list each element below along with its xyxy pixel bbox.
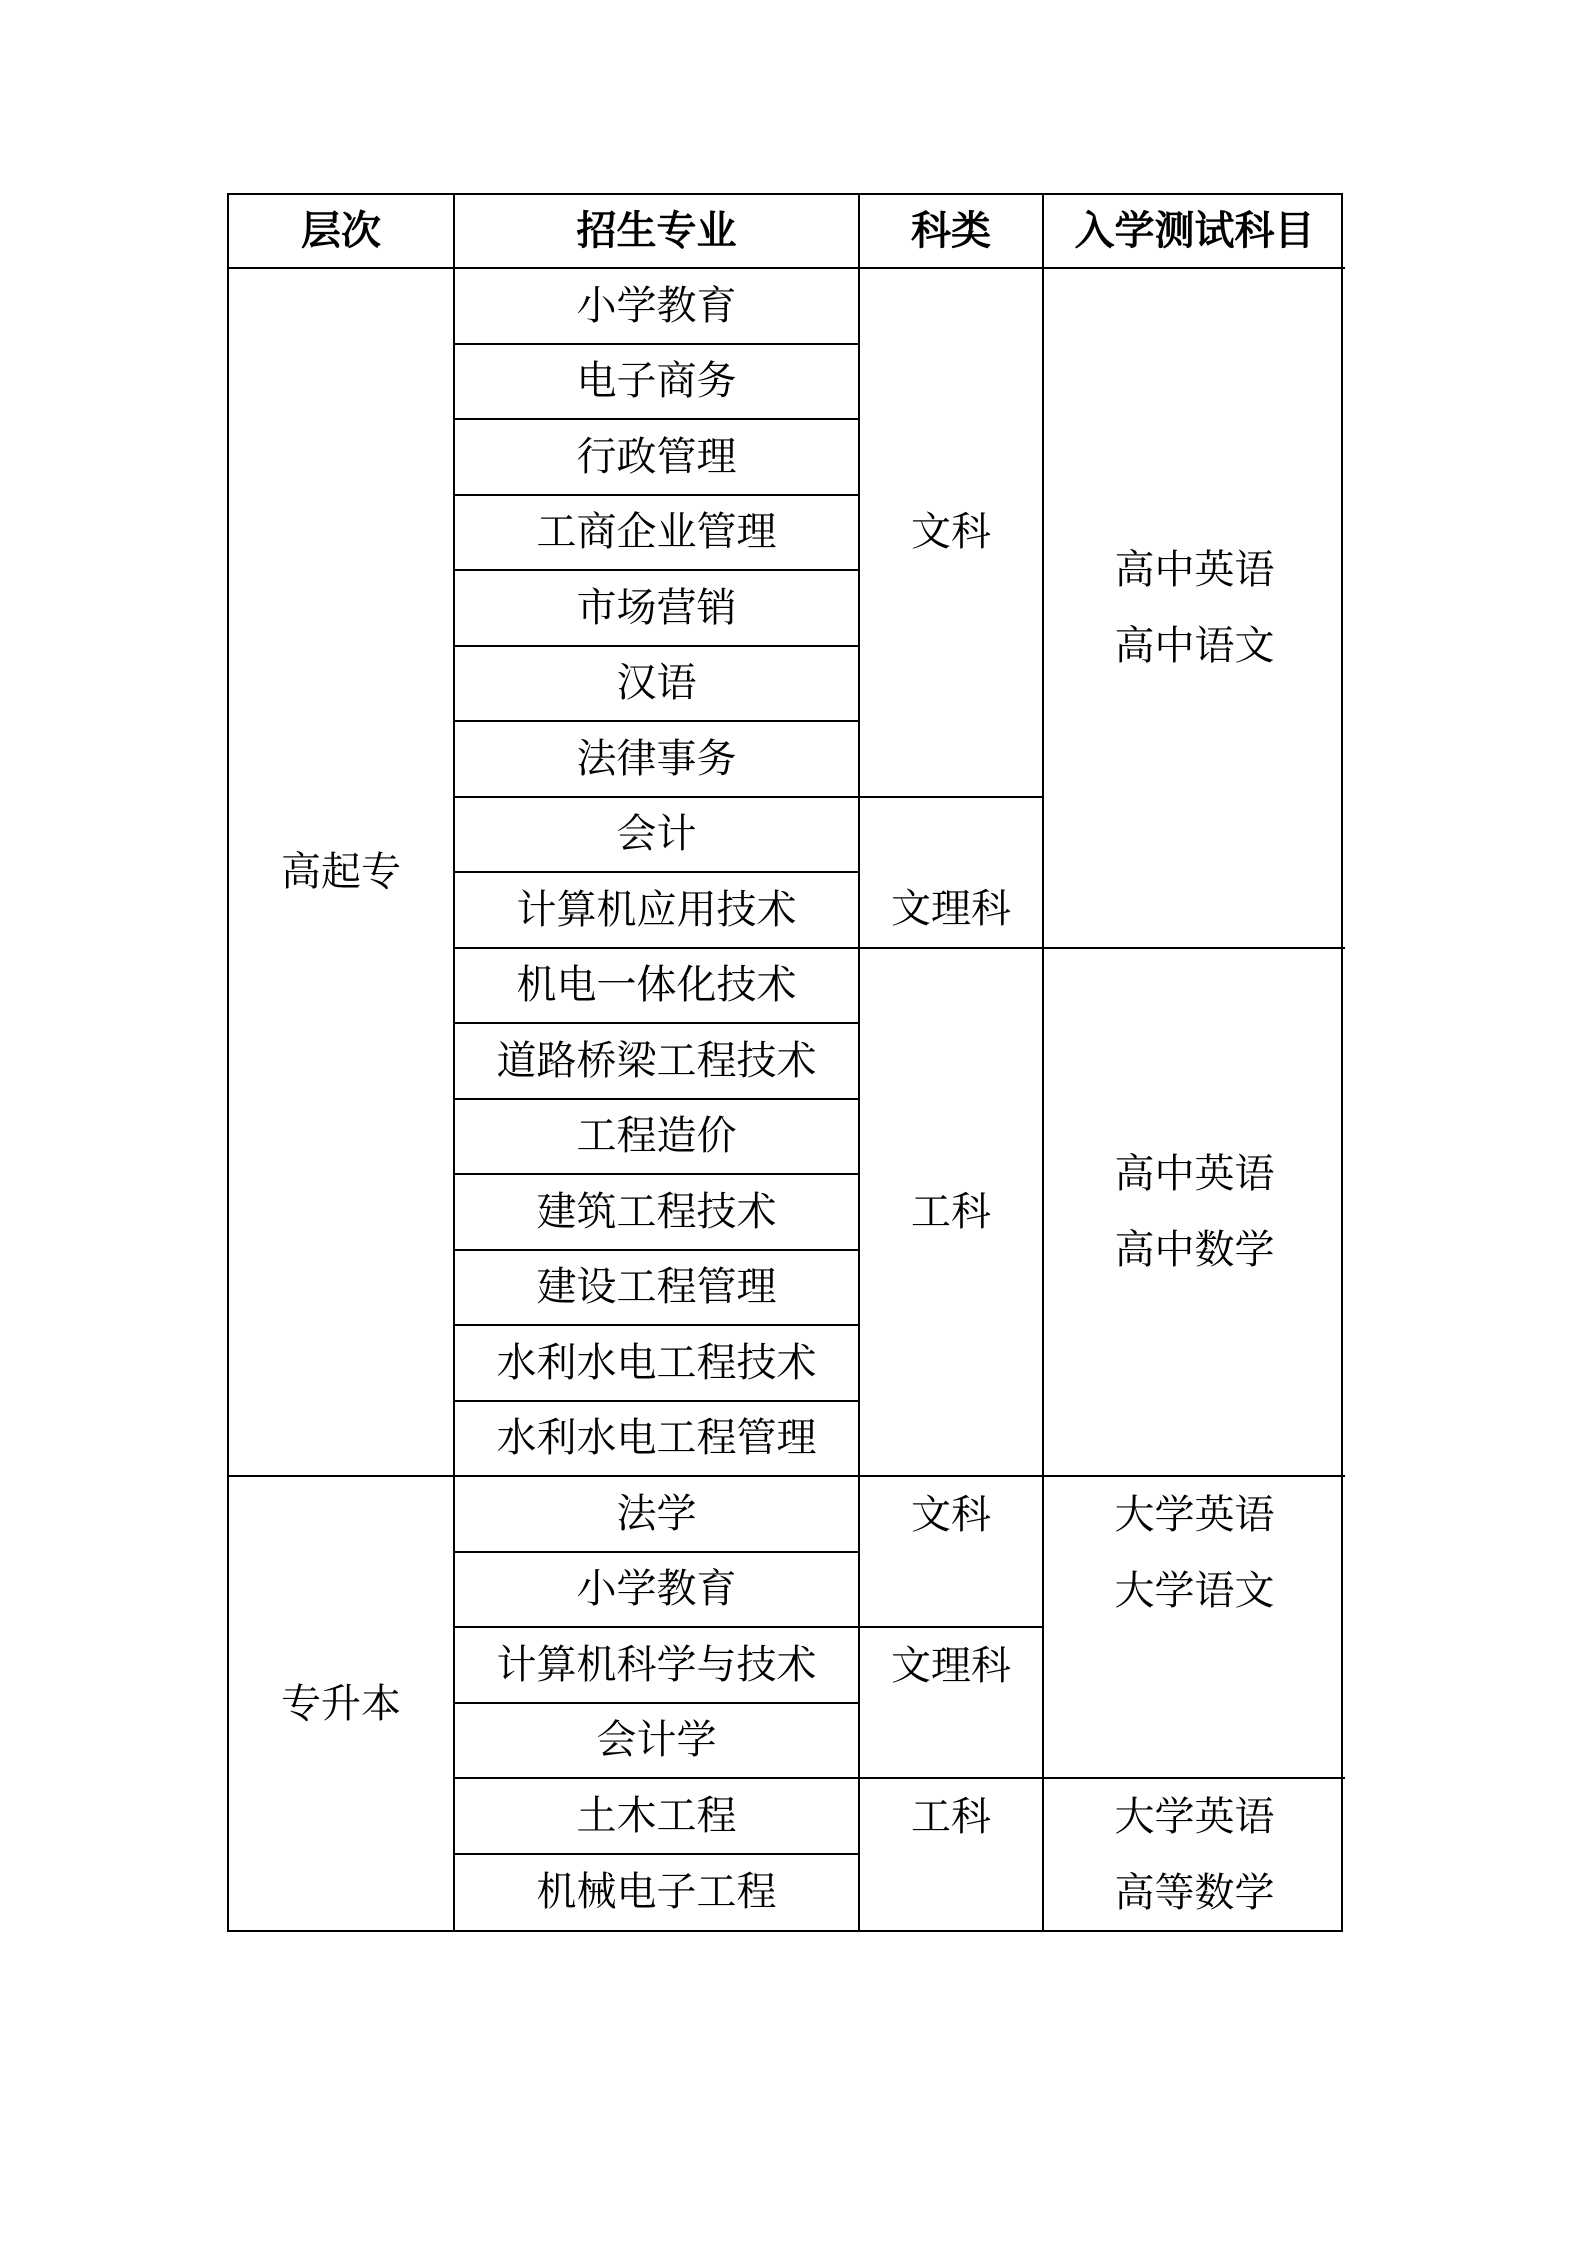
subjects-cell-hs-arts: 高中英语 高中语文 bbox=[1044, 269, 1345, 949]
subjects-cell-college-arts: 大学英语 大学语文 bbox=[1044, 1477, 1345, 1779]
subject-line: 高中英语 bbox=[1115, 1136, 1275, 1212]
header-cell-level: 层次 bbox=[229, 195, 455, 269]
major-cell: 工商企业管理 bbox=[455, 496, 860, 572]
major-cell: 小学教育 bbox=[455, 269, 860, 345]
major-cell: 工程造价 bbox=[455, 1100, 860, 1176]
admissions-table: 层次 招生专业 科类 入学测试科目 高起专 专升本 小学教育 电子商务 行政管理… bbox=[227, 193, 1343, 1932]
subjects-cell-college-engineering: 大学英语 高等数学 bbox=[1044, 1779, 1345, 1930]
category-cell-wenlike-2: 文理科 bbox=[860, 1628, 1044, 1779]
header-cell-test-subjects: 入学测试科目 bbox=[1044, 195, 1345, 269]
level-cell-zhuanshengben: 专升本 bbox=[229, 1477, 455, 1930]
subject-line: 大学英语 bbox=[1115, 1779, 1275, 1855]
major-cell: 法律事务 bbox=[455, 722, 860, 798]
category-label: 文科 bbox=[911, 494, 991, 570]
major-cell: 法学 bbox=[455, 1477, 860, 1553]
subject-line: 高中语文 bbox=[1115, 608, 1275, 684]
category-cell-gongke-1: 工科 bbox=[860, 949, 1044, 1478]
major-cell: 土木工程 bbox=[455, 1779, 860, 1855]
category-label: 文理科 bbox=[891, 871, 1011, 947]
category-label: 工科 bbox=[911, 1779, 991, 1855]
subject-line: 大学语文 bbox=[1115, 1553, 1275, 1629]
major-cell: 会计 bbox=[455, 798, 860, 874]
major-cell: 水利水电工程技术 bbox=[455, 1326, 860, 1402]
major-cell: 建筑工程技术 bbox=[455, 1175, 860, 1251]
major-cell: 计算机应用技术 bbox=[455, 873, 860, 949]
subject-line: 高等数学 bbox=[1115, 1855, 1275, 1930]
major-cell: 汉语 bbox=[455, 647, 860, 723]
major-cell: 行政管理 bbox=[455, 420, 860, 496]
major-cell: 会计学 bbox=[455, 1704, 860, 1780]
category-cell-wenke-2: 文科 bbox=[860, 1477, 1044, 1628]
subjects-cell-hs-engineering: 高中英语 高中数学 bbox=[1044, 949, 1345, 1478]
major-cell: 计算机科学与技术 bbox=[455, 1628, 860, 1704]
category-cell-gongke-2: 工科 bbox=[860, 1779, 1044, 1930]
category-cell-wenlike-1: 文理科 bbox=[860, 798, 1044, 949]
level-cell-gaoqizhuan: 高起专 bbox=[229, 269, 455, 1477]
subject-line: 大学英语 bbox=[1115, 1477, 1275, 1553]
category-label: 文理科 bbox=[891, 1628, 1011, 1704]
header-cell-category: 科类 bbox=[860, 195, 1044, 269]
header-cell-major: 招生专业 bbox=[455, 195, 860, 269]
major-cell: 建设工程管理 bbox=[455, 1251, 860, 1327]
category-cell-wenke-1: 文科 bbox=[860, 269, 1044, 798]
major-cell: 道路桥梁工程技术 bbox=[455, 1024, 860, 1100]
category-label: 工科 bbox=[911, 1174, 991, 1250]
subject-line: 高中数学 bbox=[1115, 1212, 1275, 1288]
major-cell: 水利水电工程管理 bbox=[455, 1402, 860, 1478]
major-cell: 小学教育 bbox=[455, 1553, 860, 1629]
major-cell: 市场营销 bbox=[455, 571, 860, 647]
major-cell: 电子商务 bbox=[455, 345, 860, 421]
category-label: 文科 bbox=[911, 1477, 991, 1553]
major-cell: 机电一体化技术 bbox=[455, 949, 860, 1025]
subject-line: 高中英语 bbox=[1115, 532, 1275, 608]
major-cell: 机械电子工程 bbox=[455, 1855, 860, 1931]
document-page: { "table": { "border_color": "#000000", … bbox=[0, 0, 1587, 2245]
